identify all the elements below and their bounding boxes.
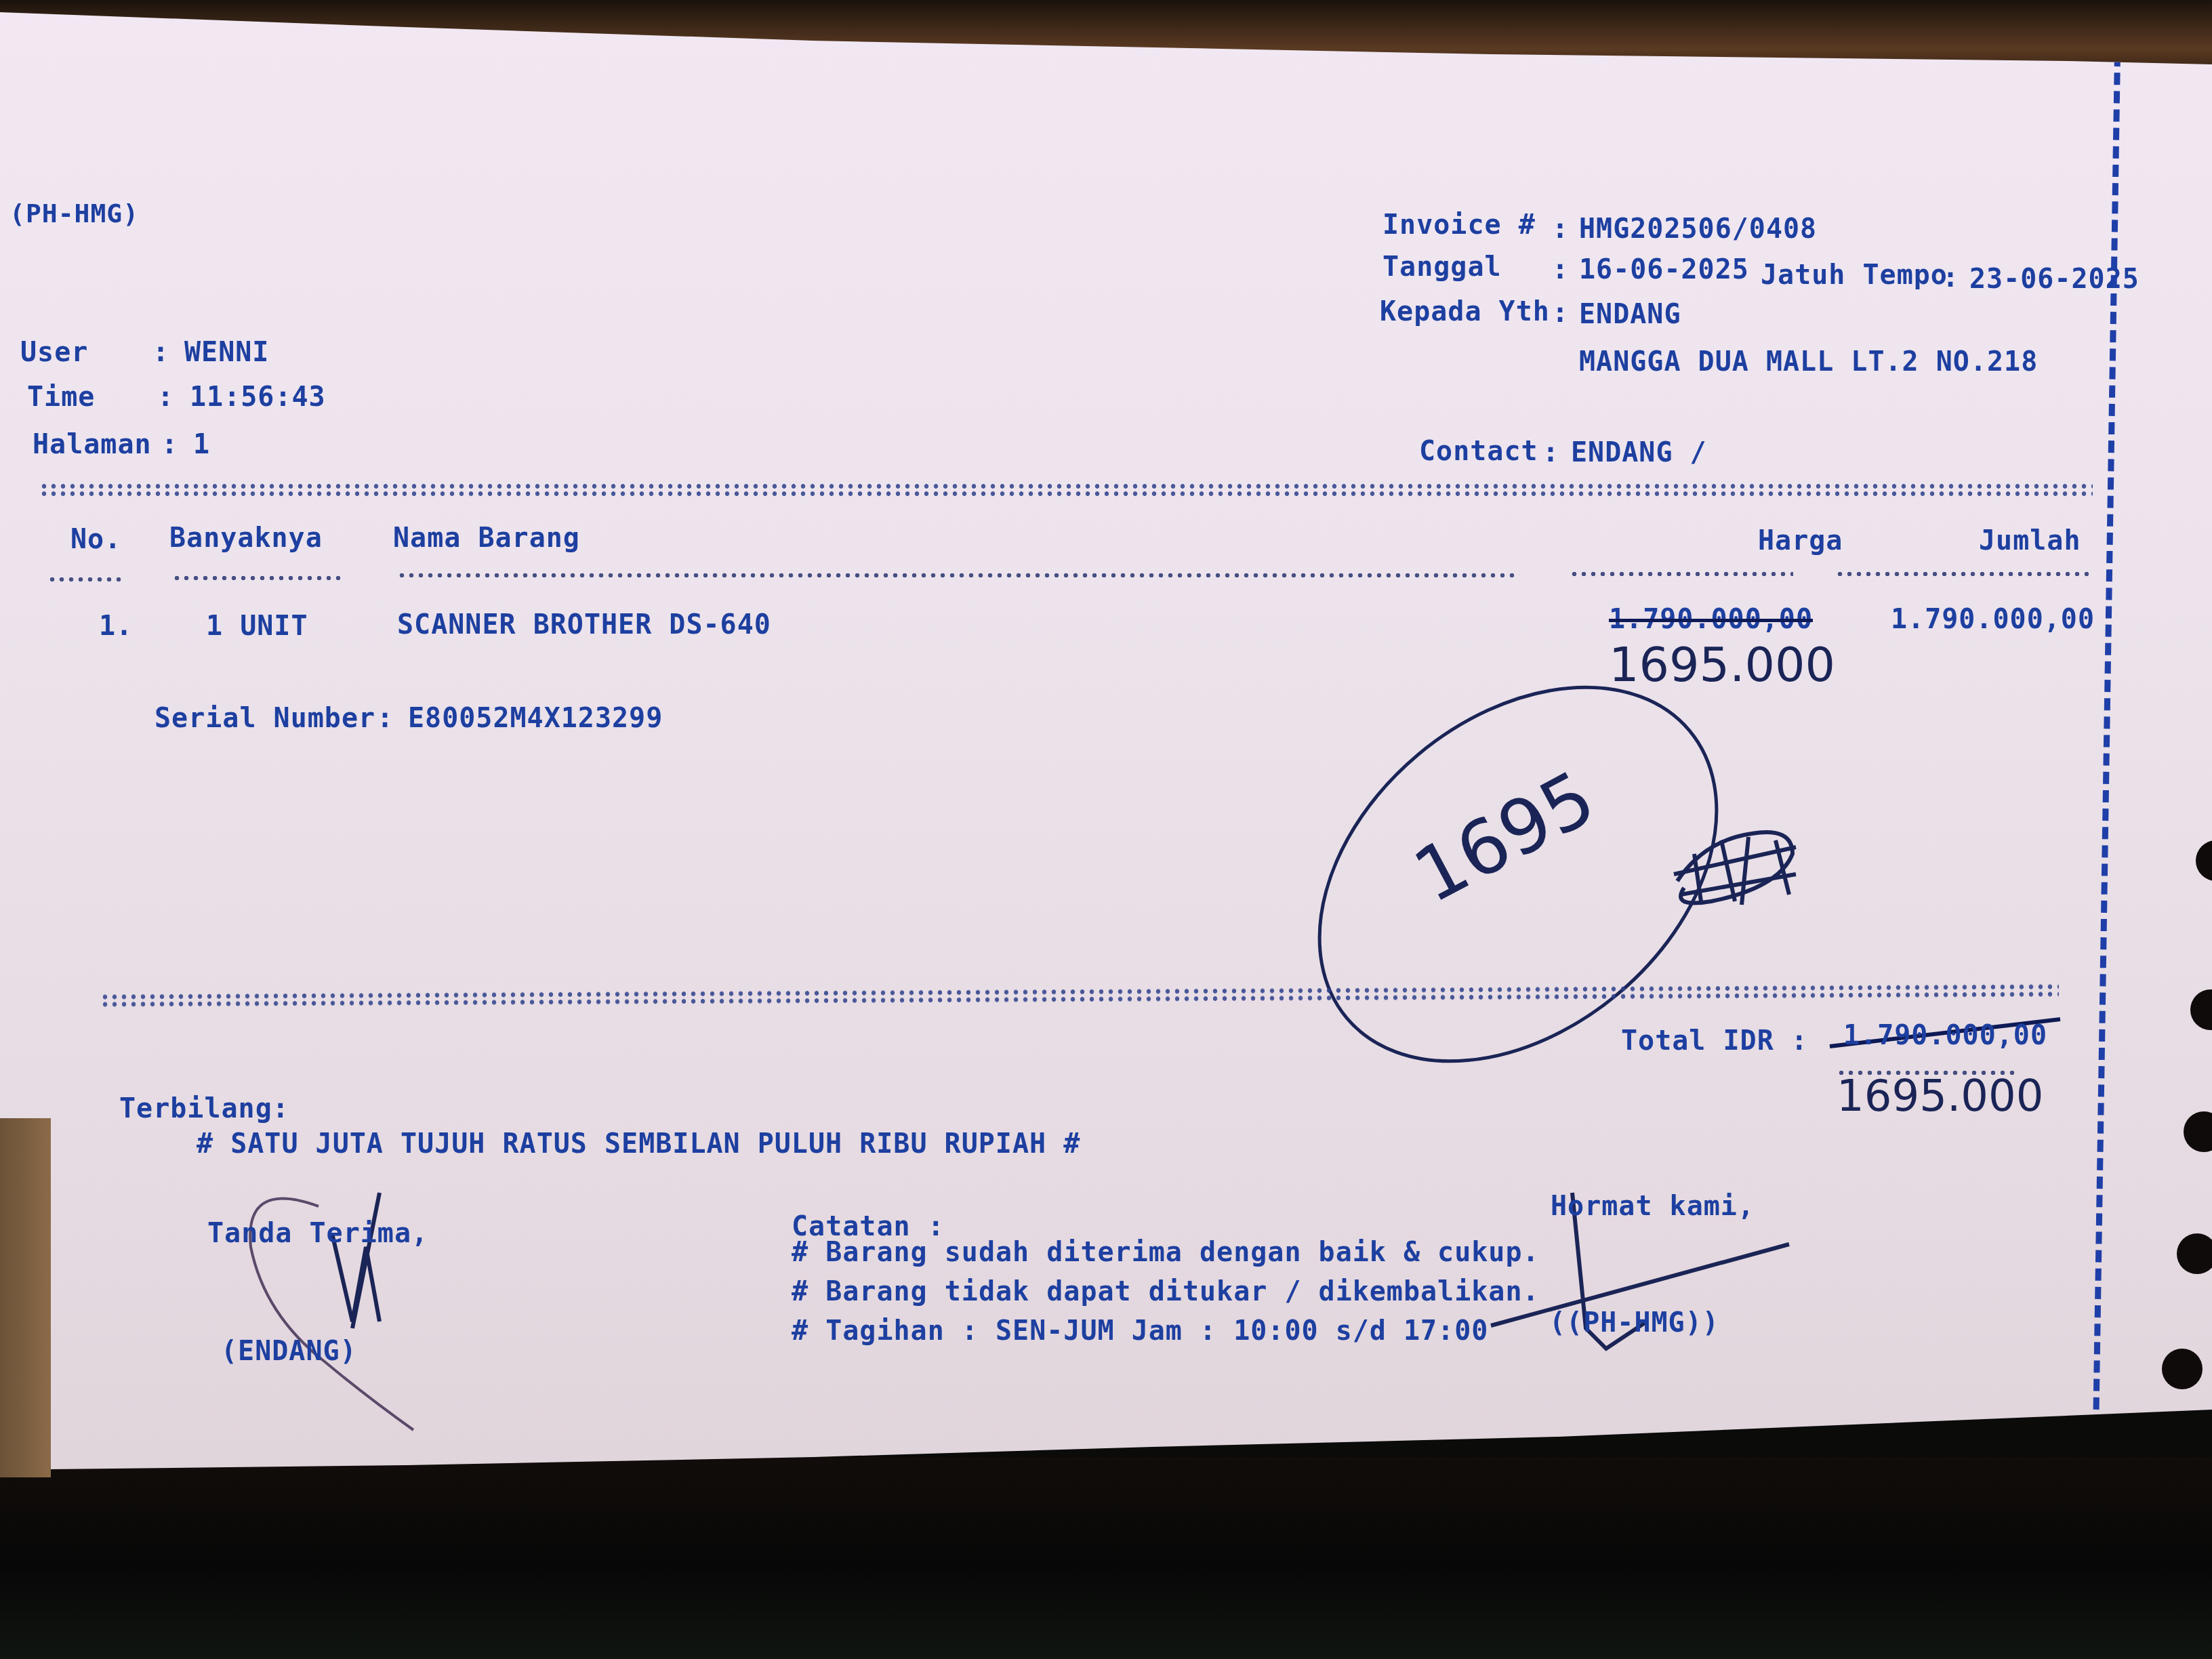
note-item-1: # Barang sudah diterima dengan baik & cu… xyxy=(792,1239,1540,1266)
notes-label: Catatan : xyxy=(792,1213,945,1240)
total-handwritten: 1695.000 xyxy=(1837,1075,2043,1118)
total-printed: 1.790.000,00 xyxy=(1843,1022,2047,1049)
receiver-name: (ENDANG) xyxy=(221,1338,357,1365)
pen-annotations xyxy=(0,0,2212,1659)
tractor-hole xyxy=(2162,1349,2203,1389)
terbilang-label: Terbilang: xyxy=(119,1095,289,1122)
note-item-2: # Barang tidak dapat ditukar / dikembali… xyxy=(792,1278,1540,1305)
scribble-icon xyxy=(1674,832,1796,905)
receiver-label: Tanda Terima, xyxy=(207,1220,428,1247)
background-bottom xyxy=(0,1457,2212,1659)
total-label: Total IDR : xyxy=(1621,1027,1808,1054)
invoice-paper: (PH-HMG) User : WENNI Time : 11:56:43 Ha… xyxy=(0,0,2212,1659)
receiver-signature-mark-icon xyxy=(332,1193,380,1328)
note-item-3: # Tagihan : SEN-JUM Jam : 10:00 s/d 17:0… xyxy=(792,1317,1488,1345)
tractor-hole xyxy=(2177,1233,2212,1274)
sender-name: ((PH-HMG)) xyxy=(1549,1309,1719,1336)
terbilang-value: # SATU JUTA TUJUH RATUS SEMBILAN PULUH R… xyxy=(197,1130,1080,1158)
sender-label: Hormat kami, xyxy=(1551,1193,1755,1220)
